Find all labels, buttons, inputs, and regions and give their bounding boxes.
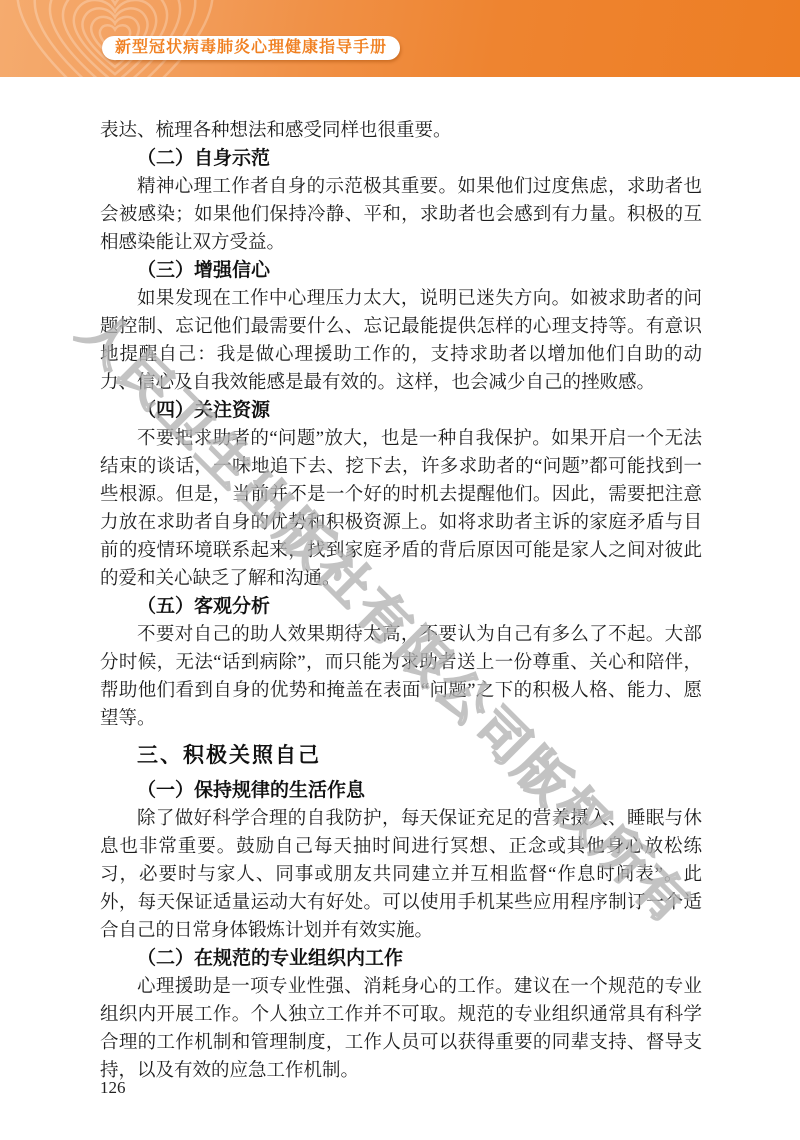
section-paragraph: 除了做好科学合理的自我防护，每天保证充足的营养摄入、睡眠与休息也非常重要。鼓励自… [100, 805, 702, 945]
section-paragraph: 心理援助是一项专业性强、消耗身心的工作。建议在一个规范的专业组织内开展工作。个人… [100, 973, 702, 1085]
section-paragraph: 不要对自己的助人效果期待太高，不要认为自己有多么了不起。大部分时候，无法“话到病… [100, 621, 702, 733]
section-paragraph: 不要把求助者的“问题”放大，也是一种自我保护。如果开启一个无法结束的谈话，一味地… [100, 425, 702, 593]
manual-page: 新型冠状病毒肺炎心理健康指导手册 人民卫生出版社有限公司版权所有 表达、梳理各种… [0, 0, 800, 1140]
section-heading-self-demonstration: （二）自身示范 [100, 145, 702, 173]
section-paragraph: 如果发现在工作中心理压力太大，说明已迷失方向。如被求助者的问题控制、忘记他们最需… [100, 285, 702, 397]
chapter-heading-care-for-self: 三、积极关照自己 [100, 740, 702, 772]
section-heading-work-in-organization: （二）在规范的专业组织内工作 [100, 945, 702, 973]
intro-continuation-line: 表达、梳理各种想法和感受同样也很重要。 [100, 117, 702, 145]
section-heading-objective-analysis: （五）客观分析 [100, 593, 702, 621]
manual-title-badge: 新型冠状病毒肺炎心理健康指导手册 [102, 36, 400, 60]
page-header: 新型冠状病毒肺炎心理健康指导手册 [0, 0, 800, 77]
page-number: 126 [100, 1078, 126, 1098]
section-heading-focus-resources: （四）关注资源 [100, 397, 702, 425]
section-heading-regular-routine: （一）保持规律的生活作息 [100, 777, 702, 805]
section-paragraph: 精神心理工作者自身的示范极其重要。如果他们过度焦虑，求助者也会被感染；如果他们保… [100, 173, 702, 257]
page-content: 表达、梳理各种想法和感受同样也很重要。 （二）自身示范 精神心理工作者自身的示范… [100, 77, 702, 1085]
manual-title: 新型冠状病毒肺炎心理健康指导手册 [115, 40, 387, 56]
section-heading-boost-confidence: （三）增强信心 [100, 257, 702, 285]
